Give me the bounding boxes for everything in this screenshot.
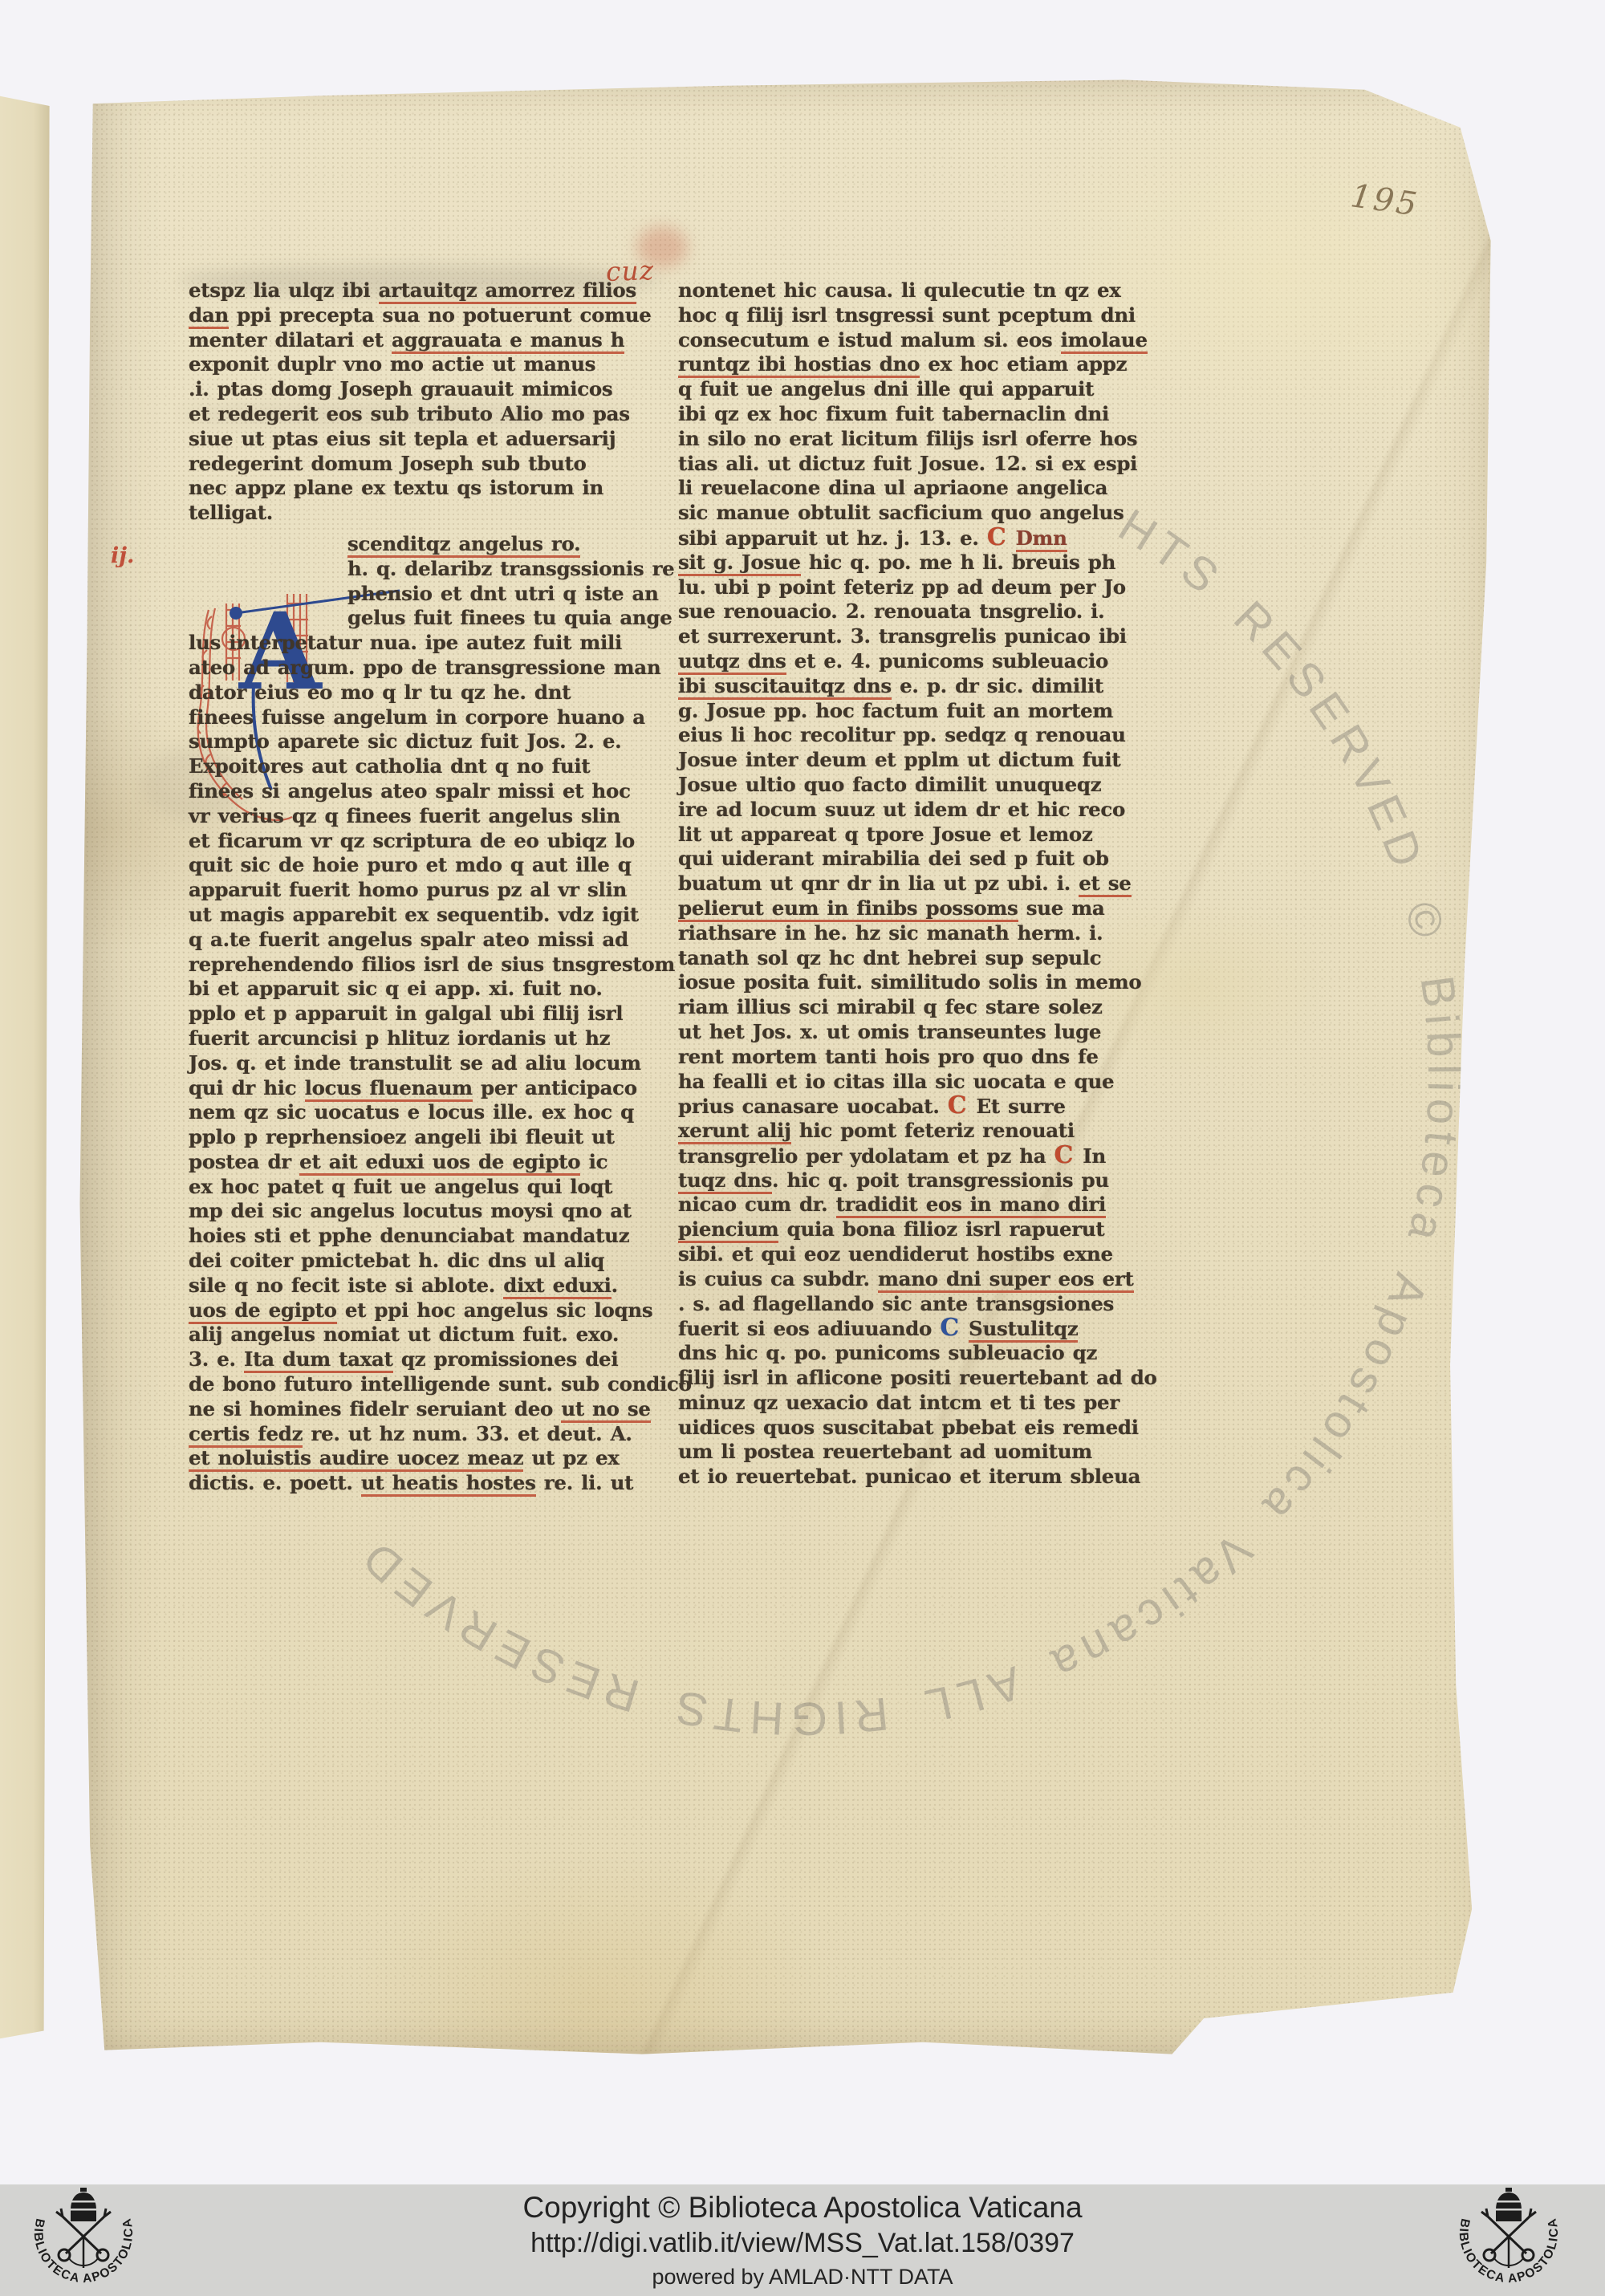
text-segment: Dmn bbox=[1016, 526, 1067, 552]
text-line: et ficarum vr qz scriptura de eo ubiqz l… bbox=[189, 829, 702, 854]
footer-url: http://digi.vatlib.it/view/MSS_Vat.lat.1… bbox=[0, 2228, 1605, 2259]
text-line: vr verius qz q finees fuerit angelus sli… bbox=[189, 804, 702, 829]
text-line: 3. e. Ita dum taxat qz promissiones dei bbox=[189, 1347, 702, 1372]
text-segment: sic manue obtulit sacficium quo angelus bbox=[678, 501, 1124, 524]
text-segment: rent mortem tanti hois pro quo dns fe bbox=[678, 1045, 1099, 1068]
text-segment: dator eius eo mo q lr tu qz he. dnt bbox=[189, 681, 571, 704]
text-line: buatum ut qnr dr in lia ut pz ubi. i. et… bbox=[678, 872, 1192, 896]
text-segment: postea dr bbox=[189, 1150, 299, 1173]
text-line: sit g. Josue hic q. po. me h li. breuis … bbox=[678, 551, 1192, 575]
text-segment: .i. ptas domg Joseph grauauit mimicos bbox=[189, 377, 612, 400]
text-segment: gelus fuit finees tu quia ange bbox=[347, 606, 672, 629]
text-segment: qui dr hic bbox=[189, 1076, 305, 1099]
text-segment: finees fuisse angelum in corpore huano a bbox=[189, 705, 645, 729]
text-segment: qz promissiones dei bbox=[393, 1347, 619, 1371]
text-segment: q fuit ue angelus dni ille qui apparuit bbox=[678, 377, 1094, 400]
text-segment: consecutum e istud malum si. eos bbox=[678, 328, 1061, 352]
text-line: q fuit ue angelus dni ille qui apparuit bbox=[678, 377, 1192, 402]
text-segment: Sustulitqz bbox=[969, 1317, 1078, 1343]
text-line: ut het Jos. x. ut omis transeuntes luge bbox=[678, 1020, 1192, 1045]
text-line: g. Josue pp. hoc factum fuit an mortem bbox=[678, 699, 1192, 724]
text-line: nicao cum dr. tradidit eos in mano diri bbox=[678, 1193, 1192, 1217]
text-segment: tuqz dns bbox=[678, 1168, 772, 1194]
text-line: sic manue obtulit sacficium quo angelus bbox=[678, 501, 1192, 526]
text-segment: um li postea reuertebant ad uomitum bbox=[678, 1440, 1092, 1463]
text-line: q a.te fuerit angelus spalr ateo missi a… bbox=[189, 928, 702, 953]
text-line: rent mortem tanti hois pro quo dns fe bbox=[678, 1045, 1192, 1070]
text-segment: ppi precepta sua no potuerunt comue bbox=[229, 303, 652, 327]
text-segment: ut heatis hostes bbox=[361, 1471, 536, 1497]
text-segment: hic pomt feteriz renouati bbox=[791, 1119, 1075, 1142]
text-segment: C bbox=[948, 1091, 977, 1120]
text-segment: dns hic q. po. punicoms subleuacio qz bbox=[678, 1341, 1097, 1364]
text-segment: dan bbox=[189, 303, 229, 329]
text-segment: sile q no fecit iste si ablote. bbox=[189, 1274, 503, 1297]
text-line: h. q. delaribz transgssionis re bbox=[189, 557, 702, 582]
text-segment: ut magis apparebit ex sequentib. vdz igi… bbox=[189, 903, 639, 926]
manuscript-column-left: etspz lia ulqz ibi artauitqz amorrez fil… bbox=[189, 278, 702, 1496]
text-segment: C bbox=[940, 1314, 969, 1342]
text-line: ut magis apparebit ex sequentib. vdz igi… bbox=[189, 903, 702, 928]
text-segment: locus fluenaum bbox=[305, 1076, 473, 1102]
text-segment: g. Josue pp. hoc factum fuit an mortem bbox=[678, 699, 1113, 722]
text-segment: aggrauata e manus h bbox=[392, 328, 624, 354]
text-segment: hic q. po. me h li. breuis ph bbox=[801, 551, 1115, 574]
text-line: menter dilatari et aggrauata e manus h bbox=[189, 328, 702, 353]
text-segment: uos de egipto bbox=[189, 1298, 337, 1324]
text-line: uidices quos suscitabat pbebat eis remed… bbox=[678, 1416, 1192, 1441]
text-line: et noluistis audire uocez meaz ut pz ex bbox=[189, 1446, 702, 1471]
text-segment: certis fedz bbox=[189, 1422, 303, 1448]
text-segment: hoc q filij isrl tnsgressi sunt pceptum … bbox=[678, 303, 1136, 327]
text-line: prius canasare uocabat. C Et surre bbox=[678, 1094, 1192, 1119]
text-line: tanath sol qz hc dnt hebrei sup sepulc bbox=[678, 946, 1192, 971]
text-segment: riam illius sci mirabil q fec stare sole… bbox=[678, 995, 1103, 1018]
text-segment: vr verius qz q finees fuerit angelus sli… bbox=[189, 804, 620, 827]
text-line: lu. ubi p point feteriz pp ad deum per J… bbox=[678, 575, 1192, 600]
text-line: xerunt alij hic pomt feteriz renouati bbox=[678, 1119, 1192, 1144]
text-segment: sit g. Josue bbox=[678, 551, 801, 576]
text-segment: Josue ultio quo facto dimilit unuqueqz bbox=[678, 773, 1101, 796]
text-line: dator eius eo mo q lr tu qz he. dnt bbox=[189, 681, 702, 705]
text-segment: q a.te fuerit angelus spalr ateo missi a… bbox=[189, 928, 628, 951]
text-segment: finees si angelus ateo spalr missi et ho… bbox=[189, 779, 631, 803]
text-segment: pelierut eum in finibs possoms bbox=[678, 896, 1018, 922]
text-line: qui uiderant mirabilia dei sed p fuit ob bbox=[678, 847, 1192, 872]
text-segment: uutqz dns bbox=[678, 649, 786, 675]
text-segment: phensio et dnt utri q iste an bbox=[347, 582, 659, 605]
text-segment: scenditqz angelus ro. bbox=[347, 532, 580, 558]
text-line: alij angelus nomiat ut dictum fuit. exo. bbox=[189, 1323, 702, 1347]
text-line: filij isrl in aflicone positi reuerteban… bbox=[678, 1366, 1192, 1391]
manuscript-column-right: nontenet hic causa. li qulecutie tn qz e… bbox=[678, 278, 1192, 1489]
text-segment: Expoitores aut catholia dnt q no fuit bbox=[189, 754, 590, 778]
text-segment: Jos. q. et inde transtulit se ad aliu lo… bbox=[189, 1051, 641, 1075]
text-segment: e. p. dr sic. dimilit bbox=[892, 674, 1103, 697]
text-segment: nicao cum dr. bbox=[678, 1193, 836, 1216]
text-line: Jos. q. et inde transtulit se ad aliu lo… bbox=[189, 1051, 702, 1076]
text-segment: Et surre bbox=[977, 1095, 1066, 1118]
text-line: nec appz plane ex textu qs istorum in bbox=[189, 476, 702, 501]
text-segment: minuz qz uexacio dat intcm et ti tes per bbox=[678, 1391, 1119, 1414]
text-segment: et redegerit eos sub tributo Alio mo pas bbox=[189, 402, 630, 425]
text-segment: re. li. ut bbox=[536, 1471, 634, 1494]
text-line: pelierut eum in finibs possoms sue ma bbox=[678, 896, 1192, 921]
text-segment: pplo p reprhensioez angeli ibi fleuit ut bbox=[189, 1125, 615, 1148]
text-line: lus interpetatur nua. ipe autez fuit mil… bbox=[189, 631, 702, 656]
text-segment: bi et apparuit sic q ei app. xi. fuit no… bbox=[189, 977, 603, 1000]
text-line: . s. ad flagellando sic ante transgsione… bbox=[678, 1292, 1192, 1317]
text-line: uos de egipto et ppi hoc angelus sic loq… bbox=[189, 1298, 702, 1323]
parchment-page: HTS RESERVED © Biblioteca Apostolica Vat… bbox=[47, 74, 1495, 2060]
text-line: pplo p reprhensioez angeli ibi fleuit ut bbox=[189, 1125, 702, 1150]
text-line: eius li hoc recolitur pp. sedqz q renoua… bbox=[678, 723, 1192, 748]
text-line: ha fealli et io citas illa sic uocata e … bbox=[678, 1070, 1192, 1095]
text-segment: menter dilatari et bbox=[189, 328, 392, 352]
text-segment: et ppi hoc angelus sic loqns bbox=[337, 1298, 653, 1322]
text-line: telligat. bbox=[189, 501, 702, 526]
text-segment: dictis. e. poett. bbox=[189, 1471, 361, 1494]
text-segment: transgrelio per ydolatam et pz ha bbox=[678, 1144, 1054, 1168]
text-line: et io reuertebat. punicao et iterum sble… bbox=[678, 1465, 1192, 1489]
text-line: finees si angelus ateo spalr missi et ho… bbox=[189, 779, 702, 804]
text-line: lit ut appareat q tpore Josue et lemoz bbox=[678, 823, 1192, 847]
column-left-block-b: scenditqz angelus ro.h. q. delaribz tran… bbox=[189, 532, 702, 1496]
text-segment: quia bona filioz isrl rapuerut bbox=[778, 1217, 1104, 1241]
text-line: fuerit arcuncisi p hlituz iordanis ut hz bbox=[189, 1026, 702, 1051]
text-line: hoc q filij isrl tnsgressi sunt pceptum … bbox=[678, 303, 1192, 328]
text-line: et surrexerunt. 3. transgrelis punicao i… bbox=[678, 624, 1192, 649]
vatican-library-logo-right: BIBLIOTECA APOSTOLICA VATICANA bbox=[1438, 2186, 1579, 2294]
text-segment: et io reuertebat. punicao et iterum sble… bbox=[678, 1465, 1140, 1488]
text-segment: lus interpetatur nua. ipe autez fuit mil… bbox=[189, 631, 622, 654]
text-segment: runtqz ibi hostias dno bbox=[678, 352, 920, 378]
text-line: iosue posita fuit. similitudo solis in m… bbox=[678, 970, 1192, 995]
text-line: piencium quia bona filioz isrl rapuerut bbox=[678, 1217, 1192, 1242]
text-segment: artauitqz amorrez filios bbox=[379, 278, 636, 304]
text-segment: ibi suscitauitqz dns bbox=[678, 674, 892, 700]
text-line: ire ad locum suuz ut idem dr et hic reco bbox=[678, 798, 1192, 823]
text-segment: ut het Jos. x. ut omis transeuntes luge bbox=[678, 1020, 1101, 1043]
text-line: qui dr hic locus fluenaum per anticipaco bbox=[189, 1076, 702, 1101]
text-segment: . bbox=[612, 1274, 618, 1297]
text-line: runtqz ibi hostias dno ex hoc etiam appz bbox=[678, 352, 1192, 377]
text-segment: sibi. et qui eoz uendiderut hostibs exne bbox=[678, 1242, 1113, 1266]
text-line: tias ali. ut dictuz fuit Josue. 12. si e… bbox=[678, 452, 1192, 477]
text-line: sumpto aparete sic dictuz fuit Jos. 2. e… bbox=[189, 729, 702, 754]
text-segment: alij angelus nomiat ut dictum fuit. exo. bbox=[189, 1323, 619, 1346]
text-line: tuqz dns. hic q. poit transgressionis pu bbox=[678, 1168, 1192, 1193]
text-segment: ibi qz ex hoc fixum fuit tabernaclin dni bbox=[678, 402, 1109, 425]
text-segment: quit sic de hoie puro et mdo q aut ille … bbox=[189, 853, 632, 876]
text-line: mp dei sic angelus locutus moysi qno at bbox=[189, 1199, 702, 1224]
text-segment: C bbox=[1054, 1141, 1083, 1169]
text-segment: prius canasare uocabat. bbox=[678, 1095, 948, 1118]
text-segment: mano dni super eos ert bbox=[878, 1267, 1134, 1293]
text-line: fuerit si eos adiuuando C Sustulitqz bbox=[678, 1316, 1192, 1341]
text-line: phensio et dnt utri q iste an bbox=[189, 582, 702, 607]
text-segment: uidices quos suscitabat pbebat eis remed… bbox=[678, 1416, 1139, 1439]
text-segment: xerunt alij bbox=[678, 1119, 791, 1144]
text-line: pplo et p apparuit in galgal ubi filij i… bbox=[189, 1002, 702, 1026]
text-line: redegerint domum Joseph sub tbuto bbox=[189, 452, 702, 477]
text-segment: hoies sti et pphe denunciabat mandatuz bbox=[189, 1224, 629, 1247]
text-segment: reprehendendo filios isrl de sius tnsgre… bbox=[189, 953, 675, 976]
text-segment: buatum ut qnr dr in lia ut pz ubi. i. bbox=[678, 872, 1079, 895]
text-segment: ut no se bbox=[561, 1397, 650, 1423]
text-segment: et noluistis audire uocez meaz bbox=[189, 1446, 523, 1472]
text-segment: h. q. delaribz transgssionis re bbox=[347, 557, 674, 580]
text-line: ex hoc patet q fuit ue angelus qui loqt bbox=[189, 1175, 702, 1200]
text-segment: ic bbox=[580, 1150, 607, 1173]
text-line: in silo no erat licitum filijs isrl ofer… bbox=[678, 427, 1192, 452]
section-gap bbox=[189, 526, 702, 532]
footer-copyright: Copyright © Biblioteca Apostolica Vatica… bbox=[0, 2191, 1605, 2225]
text-line: transgrelio per ydolatam et pz ha C In bbox=[678, 1144, 1192, 1168]
column-left-block-a: etspz lia ulqz ibi artauitqz amorrez fil… bbox=[189, 278, 702, 526]
text-line: ne si homines fidelr seruiant deo ut no … bbox=[189, 1397, 702, 1422]
text-segment: Josue inter deum et pplm ut dictum fuit bbox=[678, 748, 1120, 771]
text-segment: ex hoc etiam appz bbox=[920, 352, 1127, 376]
text-line: Josue inter deum et pplm ut dictum fuit bbox=[678, 748, 1192, 773]
text-segment: li reuelacone dina ul apriaone angelica bbox=[678, 476, 1107, 499]
text-segment: filij isrl in aflicone positi reuerteban… bbox=[678, 1366, 1157, 1389]
text-segment: et ficarum vr qz scriptura de eo ubiqz l… bbox=[189, 829, 635, 852]
text-segment: ha fealli et io citas illa sic uocata e … bbox=[678, 1070, 1114, 1093]
text-line: postea dr et ait eduxi uos de egipto ic bbox=[189, 1150, 702, 1175]
text-segment: 3. e. bbox=[189, 1347, 244, 1371]
text-line: finees fuisse angelum in corpore huano a bbox=[189, 705, 702, 730]
text-line: bi et apparuit sic q ei app. xi. fuit no… bbox=[189, 977, 702, 1002]
text-segment: imolaue bbox=[1061, 328, 1148, 354]
text-segment: lu. ubi p point feteriz pp ad deum per J… bbox=[678, 575, 1126, 599]
text-segment: ateo ad argum. ppo de transgressione man bbox=[189, 656, 660, 679]
text-line: riathsare in he. hz sic manath herm. i. bbox=[678, 921, 1192, 946]
text-line: .i. ptas domg Joseph grauauit mimicos bbox=[189, 377, 702, 402]
text-segment: is cuius ca subdr. bbox=[678, 1267, 878, 1290]
column-right-block: nontenet hic causa. li qulecutie tn qz e… bbox=[678, 278, 1192, 1489]
text-line: is cuius ca subdr. mano dni super eos er… bbox=[678, 1267, 1192, 1292]
footer-powered-by: powered by AMLAD·NTT DATA bbox=[0, 2265, 1605, 2290]
text-segment: dixt eduxi bbox=[503, 1274, 611, 1299]
text-segment: exponit duplr vno mo actie ut manus bbox=[189, 352, 595, 376]
text-line: ibi qz ex hoc fixum fuit tabernaclin dni bbox=[678, 402, 1192, 427]
text-segment: sumpto aparete sic dictuz fuit Jos. 2. e… bbox=[189, 729, 621, 753]
text-segment: dei coiter pmictebat h. dic dns ul aliq bbox=[189, 1249, 604, 1272]
text-segment: riathsare in he. hz sic manath herm. i. bbox=[678, 921, 1103, 945]
margin-mark: ij. bbox=[111, 543, 134, 568]
text-segment: redegerint domum Joseph sub tbuto bbox=[189, 452, 587, 475]
text-segment: mp dei sic angelus locutus moysi qno at bbox=[189, 1199, 632, 1222]
text-segment: telligat. bbox=[189, 501, 273, 524]
text-line: certis fedz re. ut hz num. 33. et deut. … bbox=[189, 1422, 702, 1447]
text-segment: et e. 4. punicoms subleuacio bbox=[786, 649, 1108, 673]
folio-number: 195 bbox=[1348, 177, 1421, 223]
text-segment: ut pz ex bbox=[523, 1446, 619, 1469]
text-segment: lit ut appareat q tpore Josue et lemoz bbox=[678, 823, 1093, 846]
scanned-manuscript-viewer: HTS RESERVED © Biblioteca Apostolica Vat… bbox=[0, 0, 1605, 2296]
text-line: reprehendendo filios isrl de sius tnsgre… bbox=[189, 953, 702, 977]
text-line: sile q no fecit iste si ablote. dixt edu… bbox=[189, 1274, 702, 1298]
text-segment: ire ad locum suuz ut idem dr et hic reco bbox=[678, 798, 1125, 821]
text-segment: ne si homines fidelr seruiant deo bbox=[189, 1397, 561, 1420]
papal-tiara-icon bbox=[1494, 2188, 1523, 2221]
text-line: scenditqz angelus ro. bbox=[189, 532, 702, 557]
text-segment: fuerit si eos adiuuando bbox=[678, 1317, 940, 1340]
text-line: consecutum e istud malum si. eos imolaue bbox=[678, 328, 1192, 353]
text-segment: . hic q. poit transgressionis pu bbox=[772, 1168, 1109, 1192]
text-segment: apparuit fuerit homo purus pz al vr slin bbox=[189, 878, 627, 901]
text-segment: re. ut hz num. 33. et deut. A. bbox=[303, 1422, 632, 1445]
text-segment: et surrexerunt. 3. transgrelis punicao i… bbox=[678, 624, 1127, 648]
text-segment: In bbox=[1083, 1144, 1106, 1168]
text-line: Expoitores aut catholia dnt q no fuit bbox=[189, 754, 702, 779]
text-segment: sibi apparuit ut hz. j. 13. e. bbox=[678, 526, 987, 550]
text-segment: de bono futuro intelligende sunt. sub co… bbox=[189, 1372, 692, 1396]
footer-bar: BIBLIOTECA APOSTOLICA VATICANA Copyright… bbox=[0, 2184, 1605, 2296]
text-segment: et ait eduxi uos de egipto bbox=[299, 1150, 580, 1176]
text-line: dei coiter pmictebat h. dic dns ul aliq bbox=[189, 1249, 702, 1274]
text-segment: piencium bbox=[678, 1217, 778, 1243]
text-segment: et se bbox=[1079, 872, 1131, 897]
text-segment: sue renouacio. 2. renouata tnsgrelio. i. bbox=[678, 599, 1104, 623]
text-segment: C bbox=[987, 523, 1016, 551]
text-segment: tanath sol qz hc dnt hebrei sup sepulc bbox=[678, 946, 1101, 969]
text-segment: iosue posita fuit. similitudo solis in m… bbox=[678, 970, 1141, 994]
text-line: nontenet hic causa. li qulecutie tn qz e… bbox=[678, 278, 1192, 303]
text-line: quit sic de hoie puro et mdo q aut ille … bbox=[189, 853, 702, 878]
text-segment: qui uiderant mirabilia dei sed p fuit ob bbox=[678, 847, 1109, 870]
text-segment: tradidit eos in mano diri bbox=[836, 1193, 1106, 1218]
text-segment: tias ali. ut dictuz fuit Josue. 12. si e… bbox=[678, 452, 1137, 475]
text-segment: eius li hoc recolitur pp. sedqz q renoua… bbox=[678, 723, 1126, 746]
text-line: nem qz sic uocatus e locus ille. ex hoc … bbox=[189, 1100, 702, 1125]
text-segment: per anticipaco bbox=[473, 1076, 637, 1099]
text-line: minuz qz uexacio dat intcm et ti tes per bbox=[678, 1391, 1192, 1416]
text-line: uutqz dns et e. 4. punicoms subleuacio bbox=[678, 649, 1192, 674]
text-segment: nontenet hic causa. li qulecutie tn qz e… bbox=[678, 278, 1121, 302]
text-segment: siue ut ptas eius sit tepla et aduersari… bbox=[189, 427, 616, 450]
text-line: Josue ultio quo facto dimilit unuqueqz bbox=[678, 773, 1192, 798]
text-line: et redegerit eos sub tributo Alio mo pas bbox=[189, 402, 702, 427]
text-segment: ex hoc patet q fuit ue angelus qui loqt bbox=[189, 1175, 612, 1198]
text-line: exponit duplr vno mo actie ut manus bbox=[189, 352, 702, 377]
text-line: siue ut ptas eius sit tepla et aduersari… bbox=[189, 427, 702, 452]
text-line: dan ppi precepta sua no potuerunt comue bbox=[189, 303, 702, 328]
text-segment: etspz lia ulqz ibi bbox=[189, 278, 379, 302]
text-segment: Ita dum taxat bbox=[244, 1347, 393, 1373]
text-line: sue renouacio. 2. renouata tnsgrelio. i. bbox=[678, 599, 1192, 624]
text-line: um li postea reuertebant ad uomitum bbox=[678, 1440, 1192, 1465]
text-segment: sue ma bbox=[1018, 896, 1105, 920]
text-line: li reuelacone dina ul apriaone angelica bbox=[678, 476, 1192, 501]
text-line: dns hic q. po. punicoms subleuacio qz bbox=[678, 1341, 1192, 1366]
text-segment: . s. ad flagellando sic ante transgsione… bbox=[678, 1292, 1114, 1315]
text-line: ibi suscitauitqz dns e. p. dr sic. dimil… bbox=[678, 674, 1192, 699]
text-line: de bono futuro intelligende sunt. sub co… bbox=[189, 1372, 702, 1397]
text-segment: in silo no erat licitum filijs isrl ofer… bbox=[678, 427, 1137, 450]
text-line: ateo ad argum. ppo de transgressione man bbox=[189, 656, 702, 681]
text-line: hoies sti et pphe denunciabat mandatuz bbox=[189, 1224, 702, 1249]
text-line: apparuit fuerit homo purus pz al vr slin bbox=[189, 878, 702, 903]
text-segment: nem qz sic uocatus e locus ille. ex hoc … bbox=[189, 1100, 634, 1124]
text-line: riam illius sci mirabil q fec stare sole… bbox=[678, 995, 1192, 1020]
facing-page-edge bbox=[0, 88, 56, 2046]
text-line: sibi. et qui eoz uendiderut hostibs exne bbox=[678, 1242, 1192, 1267]
text-line: etspz lia ulqz ibi artauitqz amorrez fil… bbox=[189, 278, 702, 303]
text-line: dictis. e. poett. ut heatis hostes re. l… bbox=[189, 1471, 702, 1496]
text-line: sibi apparuit ut hz. j. 13. e. C Dmn bbox=[678, 526, 1192, 551]
text-line: gelus fuit finees tu quia ange bbox=[189, 606, 702, 631]
text-segment: nec appz plane ex textu qs istorum in bbox=[189, 476, 603, 499]
text-segment: fuerit arcuncisi p hlituz iordanis ut hz bbox=[189, 1026, 610, 1050]
text-segment: pplo et p apparuit in galgal ubi filij i… bbox=[189, 1002, 623, 1025]
